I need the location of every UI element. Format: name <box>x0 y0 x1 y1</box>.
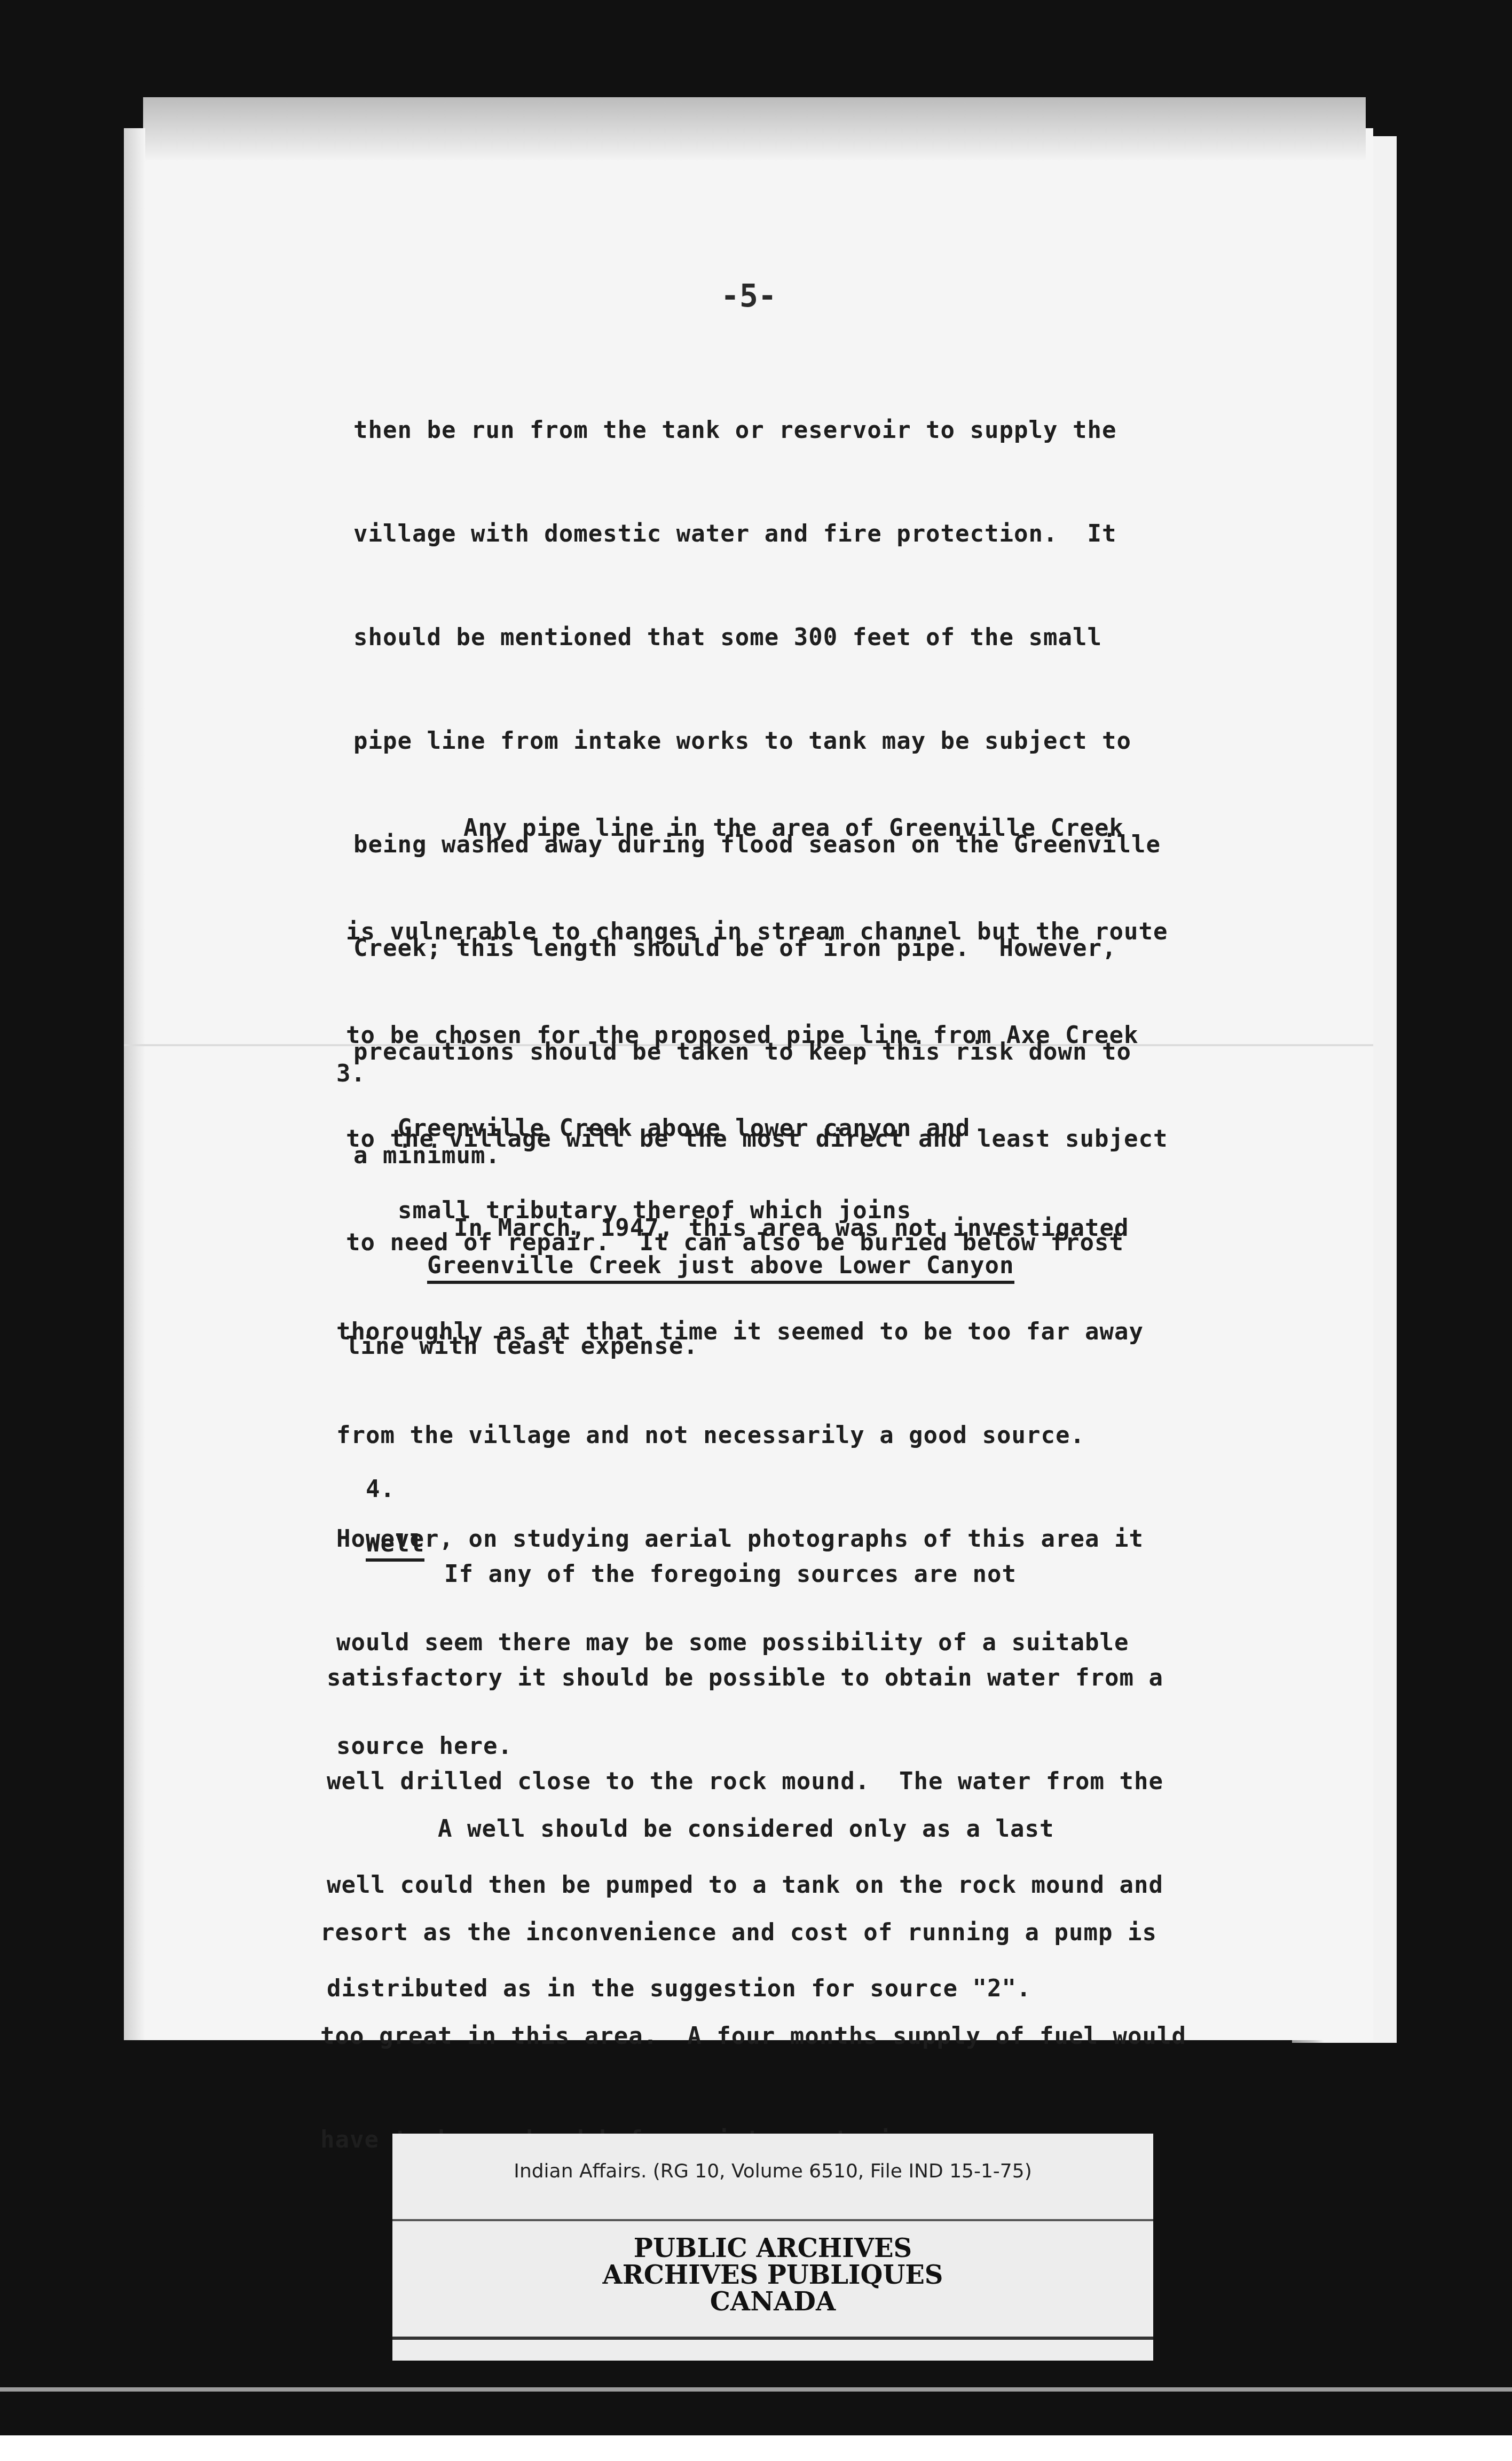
film-bottom-border <box>0 2435 1512 2461</box>
archive-stamp-line-2: ARCHIVES PUBLIQUES <box>392 2262 1153 2288</box>
archive-label-card: Indian Affairs. (RG 10, Volume 6510, Fil… <box>392 2134 1153 2361</box>
text-line: thoroughly as at that time it seemed to … <box>336 1307 1144 1357</box>
text-line: In March, 1947, this area was not invest… <box>336 1204 1144 1253</box>
text-line: If any of the foregoing sources are not <box>327 1550 1163 1599</box>
archive-stamp: PUBLIC ARCHIVES ARCHIVES PUBLIQUES CANAD… <box>392 2235 1153 2315</box>
archive-stamp-line-1: PUBLIC ARCHIVES <box>392 2235 1153 2262</box>
text-line: resort as the inconvenience and cost of … <box>320 1908 1186 1957</box>
heading-line: Greenville Creek above lower canyon and <box>398 1115 1014 1142</box>
text-line: satisfactory it should be possible to ob… <box>327 1653 1163 1703</box>
text-line: to be chosen for the proposed pipe line … <box>346 1011 1168 1060</box>
page-left-shadow <box>124 128 145 2040</box>
text-line: village with domestic water and fire pro… <box>353 510 1161 559</box>
label-divider <box>392 2219 1153 2221</box>
section-4-paragraph-2: A well should be considered only as a la… <box>320 1750 1186 2192</box>
text-line: Any pipe line in the area of Greenville … <box>346 804 1168 853</box>
page-top-shadow <box>143 97 1366 161</box>
text-line: from the village and not necessarily a g… <box>336 1411 1144 1460</box>
archive-reference: Indian Affairs. (RG 10, Volume 6510, Fil… <box>392 2160 1153 2182</box>
film-edge <box>0 2387 1512 2392</box>
label-divider <box>392 2337 1153 2340</box>
page-number: -5- <box>721 278 777 314</box>
text-line: A well should be considered only as a la… <box>320 1805 1186 1854</box>
text-line: should be mentioned that some 300 feet o… <box>353 613 1161 662</box>
section-3-number: 3. <box>336 1060 366 1087</box>
text-line: too great in this area. A four months su… <box>320 2012 1186 2061</box>
text-line: then be run from the tank or reservoir t… <box>353 406 1161 455</box>
archive-stamp-line-3: CANADA <box>392 2288 1153 2315</box>
text-line: is vulnerable to changes in stream chann… <box>346 907 1168 957</box>
